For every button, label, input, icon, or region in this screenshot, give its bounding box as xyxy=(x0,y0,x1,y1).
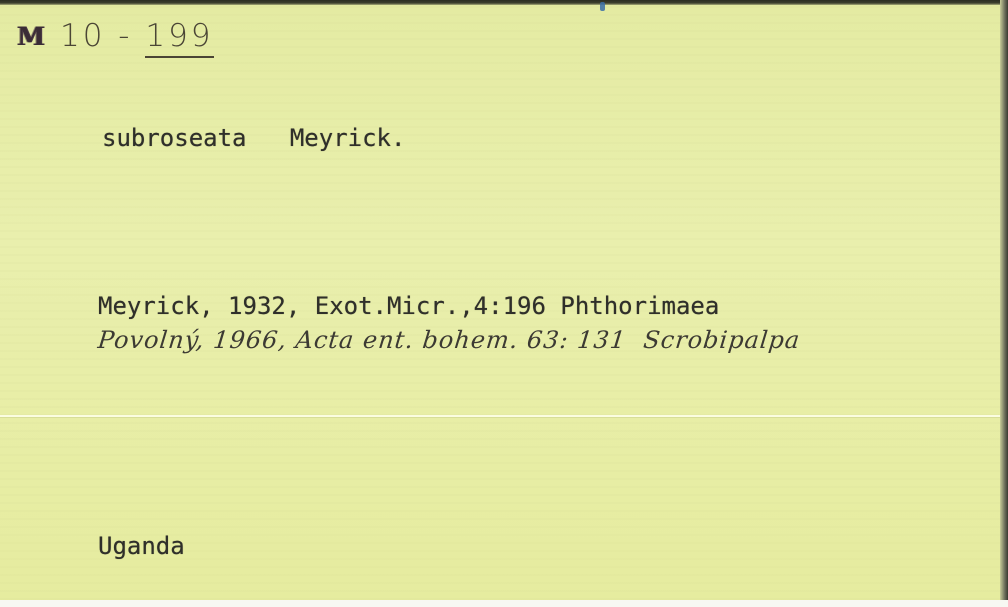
scan-top-edge xyxy=(0,0,1008,5)
original-reference: Meyrick, 1932, Exot.Micr.,4:196 Phthorim… xyxy=(98,292,719,320)
scan-right-edge xyxy=(1000,0,1008,607)
species-name: subroseata Meyrick. xyxy=(102,124,405,152)
catalog-number-suffix: 199 xyxy=(145,18,213,58)
catalog-number-prefix: 10 - xyxy=(60,18,145,54)
scan-bottom-edge xyxy=(0,600,1008,607)
catalog-stamp-letter: M xyxy=(17,22,44,51)
blue-ink-mark xyxy=(600,2,605,11)
catalog-number: 10 - 199 xyxy=(60,18,214,54)
locality: Uganda xyxy=(98,532,185,560)
index-card: M 10 - 199 subroseata Meyrick. Meyrick, … xyxy=(0,0,1000,600)
handwritten-reference: Povolný, 1966, Acta ent. bohem. 63: 131 … xyxy=(97,326,802,354)
fold-line xyxy=(0,415,1000,417)
